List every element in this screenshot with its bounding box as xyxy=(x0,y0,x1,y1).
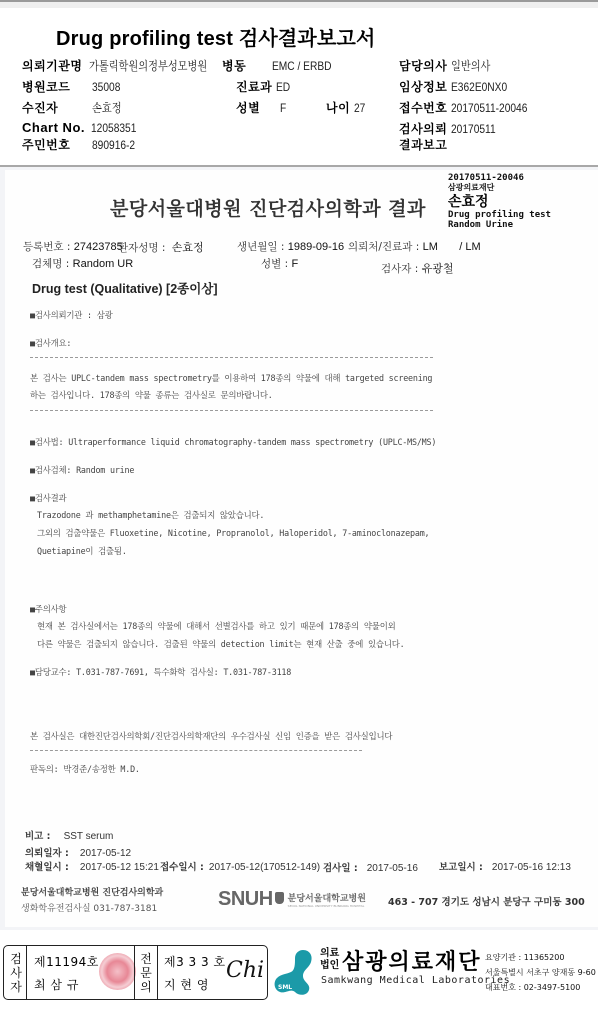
field-hospital-code: 병원코드 35008 xyxy=(22,78,126,95)
info-dept: 의뢰처/진료과 : LM / LM xyxy=(348,239,481,254)
specialist-name: 지 현 영 xyxy=(164,976,209,993)
specialist-label: 전문의 xyxy=(136,952,156,994)
field-chart-no: Chart No. 12058351 xyxy=(22,120,144,135)
dashed-divider xyxy=(30,750,362,751)
footer-test-date: 검사일 : 2017-05-16 xyxy=(323,856,418,875)
section-specimen: ■검사검체: Random urine xyxy=(30,464,134,476)
test-name: Drug test (Qualitative) [2종이상] xyxy=(32,279,218,297)
section-institution: ■검사의뢰기관 : 삼광 xyxy=(30,309,113,321)
field-accession-no: 접수번호 20170511-20046 xyxy=(399,99,541,116)
section-method: ■검사법: Ultraperformance liquid chromatogr… xyxy=(30,436,436,448)
column-divider xyxy=(134,946,135,999)
field-resident-no: 주민번호 890916-2 xyxy=(22,136,143,153)
certification-box: 검사자 제11194호 최 삼 규 전문의 제3 3 3 호 지 현 영 Chi xyxy=(3,945,268,1000)
field-ward: 병동 EMC / ERBD xyxy=(222,57,342,74)
signature: Chi xyxy=(226,958,264,983)
lab-report-scan: 분당서울대병원 진단검사의학과 결과 20170511-20046 삼광의료재단… xyxy=(0,167,598,930)
examiner-license-no: 제11194호 xyxy=(34,953,99,970)
lab-name-en: Samkwang Medical Laboratories xyxy=(321,975,510,986)
sml-logo-icon: SML xyxy=(273,948,315,998)
caution-line-1: 현재 본 검사실에서는 178종의 약물에 대해서 선별검사를 하고 있기 때문… xyxy=(37,620,395,632)
top-band xyxy=(0,2,598,8)
section-overview-heading: ■검사개요: xyxy=(30,337,71,349)
lab-report-title: 분당서울대병원 진단검사의학과 결과 xyxy=(110,194,426,221)
hospital-dept: 분당서울대학교병원 진단검사의학과 xyxy=(21,885,163,898)
section-result-heading: ■검사결과 xyxy=(30,492,66,504)
field-attending-physician: 담당의사 일반의사 xyxy=(399,57,498,74)
dashed-divider xyxy=(30,410,433,411)
examiner-name: 최 삼 규 xyxy=(34,976,79,993)
caution-line-2: 다른 약물은 검출되지 않습니다. 검출된 약물의 detection limi… xyxy=(37,638,404,650)
result-line-2: 그외의 검출약물은 Fluoxetine, Nicotine, Proprano… xyxy=(37,527,429,539)
snuh-logo: SNUH 분당서울대학교병원 SEOUL NATIONAL UNIVERSITY… xyxy=(218,888,366,911)
lab-contact-info: 요양기관 : 11365200 서울특별시 서초구 양재동 9-60 대표번호 … xyxy=(485,950,596,995)
lab-code: 요양기관 : 11365200 xyxy=(485,950,596,965)
field-sex: 성별 F xyxy=(236,99,287,116)
field-age: 나이 27 xyxy=(326,99,367,116)
field-patient: 수진자 손효정 xyxy=(22,99,127,116)
column-divider xyxy=(157,946,158,999)
info-sex: 성별 : F xyxy=(261,256,298,271)
footer-report-date: 보고일시 : 2017-05-16 12:13 xyxy=(439,855,571,874)
hospital-address: 463 - 707 경기도 성남시 분당구 구미동 300 xyxy=(388,894,585,908)
field-requesting-institution: 의뢰기관명 가톨릭학원의정부성모병원 xyxy=(22,57,228,74)
overview-line-1: 본 검사는 UPLC-tandem mass spectrometry를 이용하… xyxy=(30,372,432,384)
report-title: Drug profiling test 검사결과보고서 xyxy=(56,22,376,51)
overview-line-2: 하는 검사입니다. 178종의 약물 종류는 검사실로 문의바랍니다. xyxy=(30,389,273,401)
dashed-divider xyxy=(30,357,433,358)
info-specimen: 검체명 : Random UR xyxy=(32,256,133,271)
footer-receipt: 접수일시 : 2017-05-12(170512-149) xyxy=(160,855,320,874)
examiner-label: 검사자 xyxy=(6,952,26,994)
field-test-request: 검사의뢰 20170511 xyxy=(399,120,504,137)
info-patient-name: 환자성명 : 손효정 xyxy=(118,239,204,255)
column-divider xyxy=(26,946,27,999)
lab-type: 의료 법인 xyxy=(320,948,339,972)
field-department: 진료과 ED xyxy=(236,78,293,95)
official-seal-icon xyxy=(99,953,136,990)
footer-collection: 채혈일시 : 2017-05-12 15:21 xyxy=(25,855,159,874)
specialist-license-no: 제3 3 3 호 xyxy=(164,953,226,970)
info-examiner: 검사자 : 유광철 xyxy=(381,260,454,276)
lab-name-kr: 삼광의료재단 xyxy=(342,945,482,976)
field-result-report: 결과보고 xyxy=(399,136,451,153)
svg-text:SML: SML xyxy=(278,984,292,991)
info-dob: 생년월일 : 1989-09-16 xyxy=(237,239,344,254)
snuh-emblem-icon xyxy=(275,892,284,904)
certification-statement: 본 검사실은 대한진단검사의학회/진단검사의학재단의 우수검사실 신임 인증을 … xyxy=(30,730,392,742)
result-line-1: Trazodone 과 methamphetamine은 검출되지 않았습니다. xyxy=(37,509,264,521)
section-contact: ■담당교수: T.031-787-7691, 특수화학 검사실: T.031-7… xyxy=(30,666,291,678)
info-reg-no: 등록번호 : 27423785 xyxy=(23,239,123,254)
lab-report-paper: 분당서울대병원 진단검사의학과 결과 20170511-20046 삼광의료재단… xyxy=(5,170,598,927)
field-clinical-info: 임상정보 E362E0NX0 xyxy=(399,78,517,95)
lab-phone: 대표번호 : 02-3497-5100 xyxy=(485,980,596,995)
result-line-3: Quetiapine이 검출됨. xyxy=(37,545,127,557)
lab-address: 서울특별시 서초구 양재동 9-60 xyxy=(485,965,596,980)
section-caution-heading: ■주의사항 xyxy=(30,603,66,615)
reviewer: 판독의: 박경준/송정한 M.D. xyxy=(30,763,140,775)
hospital-lab: 생화학유전검사실 031-787-3181 xyxy=(21,901,157,914)
specimen-label-sticker: 20170511-20046 삼광의료재단 손효정 Drug profiling… xyxy=(448,173,551,230)
